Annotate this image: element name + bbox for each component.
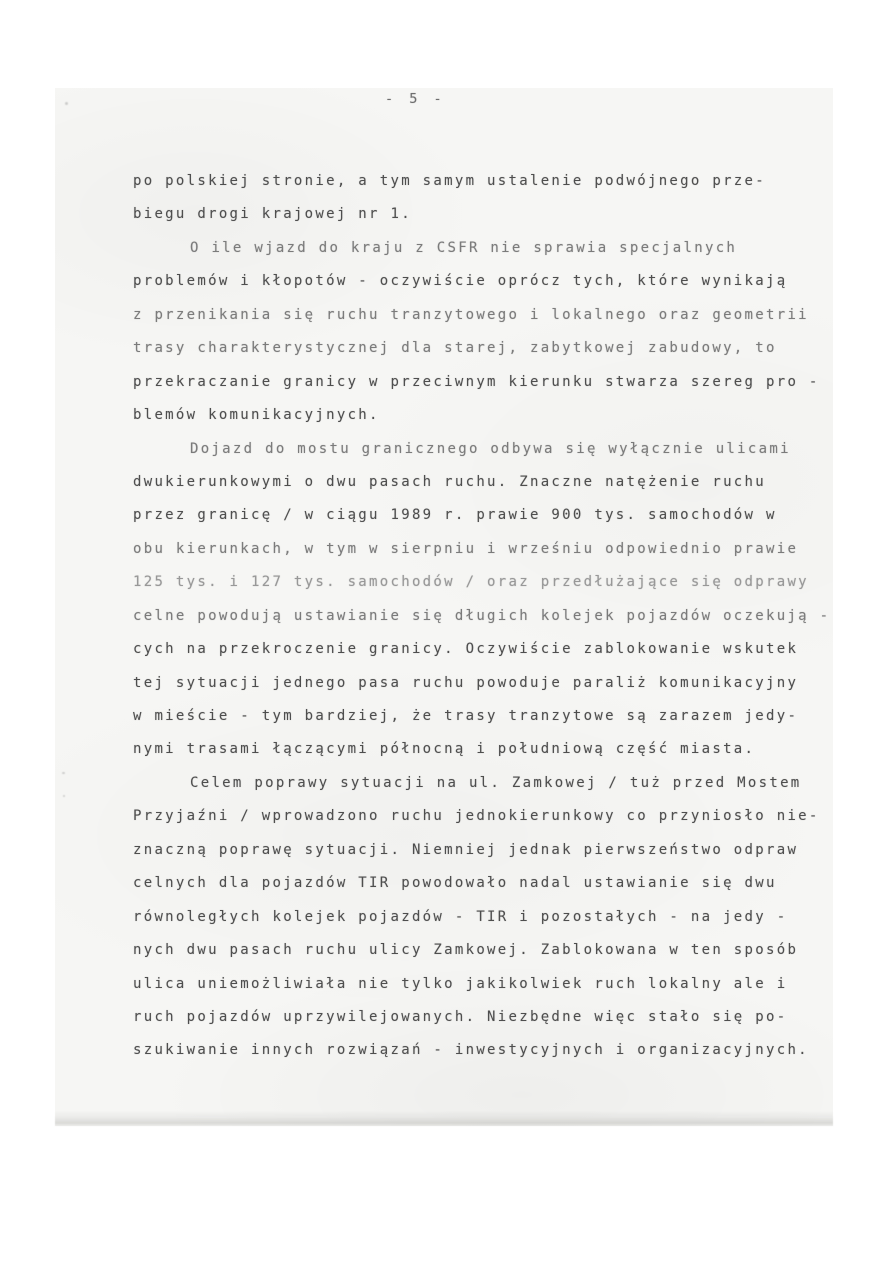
text-line: trasy charakterystycznej dla starej, zab… [133,332,785,365]
text-line: nych dwu pasach ruchu ulicy Zamkowej. Za… [133,934,785,967]
text-line: celnych dla pojazdów TIR powodowało nada… [133,867,785,900]
page-number: - 5 - [385,91,446,107]
text-line: dwukierunkowymi o dwu pasach ruchu. Znac… [133,466,785,499]
paragraph-2: O ile wjazd do kraju z CSFR nie sprawia … [133,232,785,433]
scanned-page: - 5 - po polskiej stronie, a tym samym u… [55,88,833,1126]
scan-speck [62,772,65,774]
scan-speck [63,795,65,797]
text-line: z przenikania się ruchu tranzytowego i l… [133,299,785,332]
text-line: celne powodują ustawianie się długich ko… [133,600,785,633]
text-line: blemów komunikacyjnych. [133,399,785,432]
document-body: po polskiej stronie, a tym samym ustalen… [133,165,785,1068]
text-line: po polskiej stronie, a tym samym ustalen… [133,165,785,198]
text-line: równoległych kolejek pojazdów - TIR i po… [133,901,785,934]
text-line: tej sytuacji jednego pasa ruchu powoduje… [133,667,785,700]
paragraph-4: Celem poprawy sytuacji na ul. Zamkowej /… [133,767,785,1068]
text-line: Przyjaźni / wprowadzono ruchu jednokieru… [133,800,785,833]
text-line: nymi trasami łączącymi północną i połudn… [133,733,785,766]
text-line: znaczną poprawę sytuacji. Niemniej jedna… [133,834,785,867]
text-line: obu kierunkach, w tym w sierpniu i wrześ… [133,533,785,566]
text-line: w mieście - tym bardziej, że trasy tranz… [133,700,785,733]
text-line: szukiwanie innych rozwiązań - inwestycyj… [133,1034,785,1067]
text-line: cych na przekroczenie granicy. Oczywiści… [133,633,785,666]
text-line: Dojazd do mostu granicznego odbywa się w… [133,433,785,466]
text-line: problemów i kłopotów - oczywiście oprócz… [133,265,785,298]
text-line: O ile wjazd do kraju z CSFR nie sprawia … [133,232,785,265]
text-line: przekraczanie granicy w przeciwnym kieru… [133,366,785,399]
scan-background: - 5 - po polskiej stronie, a tym samym u… [0,0,893,1263]
text-line: biegu drogi krajowej nr 1. [133,198,785,231]
text-line: ulica uniemożliwiała nie tylko jakikolwi… [133,968,785,1001]
text-line: Celem poprawy sytuacji na ul. Zamkowej /… [133,767,785,800]
paragraph-3: Dojazd do mostu granicznego odbywa się w… [133,433,785,767]
text-line: 125 tys. i 127 tys. samochodów / oraz pr… [133,566,785,599]
scan-speck [65,102,68,105]
paragraph-1: po polskiej stronie, a tym samym ustalen… [133,165,785,232]
text-line: ruch pojazdów uprzywilejowanych. Niezbęd… [133,1001,785,1034]
text-line: przez granicę / w ciągu 1989 r. prawie 9… [133,499,785,532]
